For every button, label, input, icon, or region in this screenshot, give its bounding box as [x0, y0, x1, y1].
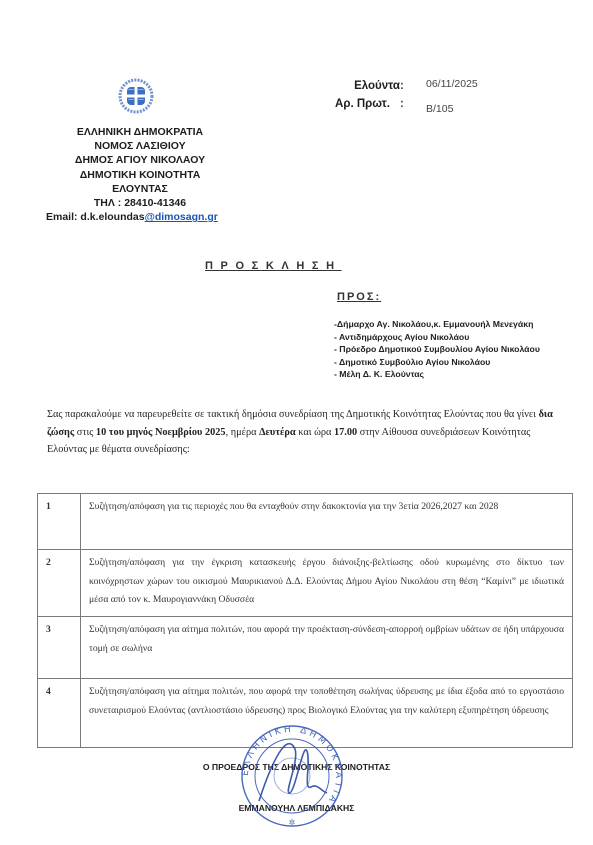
agenda-text: Συζήτηση/απόφαση για αίτημα πολιτών, που… [81, 617, 573, 679]
separator: : [400, 80, 404, 92]
agenda-table: 1 Συζήτηση/απόφαση για τις περιοχές που … [37, 493, 573, 748]
greek-coat-of-arms-icon [118, 78, 154, 114]
agenda-text: Συζήτηση/απόφαση για τις περιοχές που θα… [81, 494, 573, 550]
recipient-item: - Μέλη Δ. Κ. Ελούντας [334, 368, 540, 381]
agenda-number: 4 [38, 679, 81, 748]
agenda-row: 2 Συζήτηση/απόφαση για την έγκριση κατασ… [38, 550, 573, 617]
agenda-row: 3 Συζήτηση/απόφαση για αίτημα πολιτών, π… [38, 617, 573, 679]
email-label: Email: d.k.eloundas [46, 211, 145, 223]
recipient-item: - Δημοτικό Συμβούλιο Αγίου Νικολάου [334, 356, 540, 369]
separator: : [400, 98, 404, 110]
intro-text: , ημέρα [226, 427, 260, 438]
meeting-day: Δευτέρα [259, 427, 296, 438]
agenda-number: 2 [38, 550, 81, 617]
meeting-time: 17.00 [334, 427, 357, 438]
recipient-item: -Δήμαρχο Αγ. Νικολάου,κ. Εμμανουήλ Μενεγ… [334, 318, 540, 331]
svg-text:✲: ✲ [289, 818, 296, 827]
official-stamp-icon: ΕΛΛΗΝΙΚΗ ΔΗΜΟΚΡΑΤΙΑ ✲ [237, 721, 347, 831]
agenda-number: 3 [38, 617, 81, 679]
protocol-value: Β/105 [426, 103, 453, 115]
phone-number: ΤΗΛ : 28410-41346 [40, 196, 240, 210]
header-line: ΕΛΛΗΝΙΚΗ ΔΗΜΟΚΡΑΤΙΑ [40, 125, 240, 139]
date-value: 06/11/2025 [426, 78, 478, 90]
recipient-item: - Πρόεδρο Δημοτικού Συμβουλίου Αγίου Νικ… [334, 343, 540, 356]
recipients-heading: ΠΡΟΣ: [337, 291, 381, 303]
agenda-row: 1 Συζήτηση/απόφαση για τις περιοχές που … [38, 494, 573, 550]
recipient-item: - Αντιδημάρχους Αγίου Νικολάου [334, 331, 540, 344]
agenda-number: 1 [38, 494, 81, 550]
issuer-header: ΕΛΛΗΝΙΚΗ ΔΗΜΟΚΡΑΤΙΑ ΝΟΜΟΣ ΛΑΣΙΘΙΟΥ ΔΗΜΟΣ… [40, 125, 240, 224]
meeting-date: 10 του μηνός Νοεμβρίου 2025 [96, 427, 226, 438]
place-label: Ελούντα [316, 80, 400, 92]
agenda-text: Συζήτηση/απόφαση για την έγκριση κατασκε… [81, 550, 573, 617]
intro-text: στις [74, 427, 96, 438]
intro-text: Σας παρακαλούμε να παρευρεθείτε σε τακτι… [47, 409, 539, 420]
header-line: ΝΟΜΟΣ ΛΑΣΙΘΙΟΥ [40, 139, 240, 153]
email-line: Email: d.k.eloundas@dimosagn.gr [40, 210, 240, 224]
header-line: ΕΛΟΥΝΤΑΣ [40, 182, 240, 196]
header-line: ΔΗΜΟΣ ΑΓΙΟΥ ΝΙΚΟΛΑΟΥ [40, 153, 240, 167]
recipients-list: -Δήμαρχο Αγ. Νικολάου,κ. Εμμανουήλ Μενεγ… [334, 318, 540, 381]
intro-text: και ώρα [296, 427, 334, 438]
email-link[interactable]: @dimosagn.gr [145, 211, 218, 223]
invitation-paragraph: Σας παρακαλούμε να παρευρεθείτε σε τακτι… [47, 406, 569, 459]
header-line: ΔΗΜΟΤΙΚΗ ΚΟΙΝΟΤΗΤΑ [40, 168, 240, 182]
document-title: ΠΡΟΣΚΛΗΣΗ [205, 260, 342, 272]
protocol-label: Αρ. Πρωτ. [306, 98, 390, 110]
